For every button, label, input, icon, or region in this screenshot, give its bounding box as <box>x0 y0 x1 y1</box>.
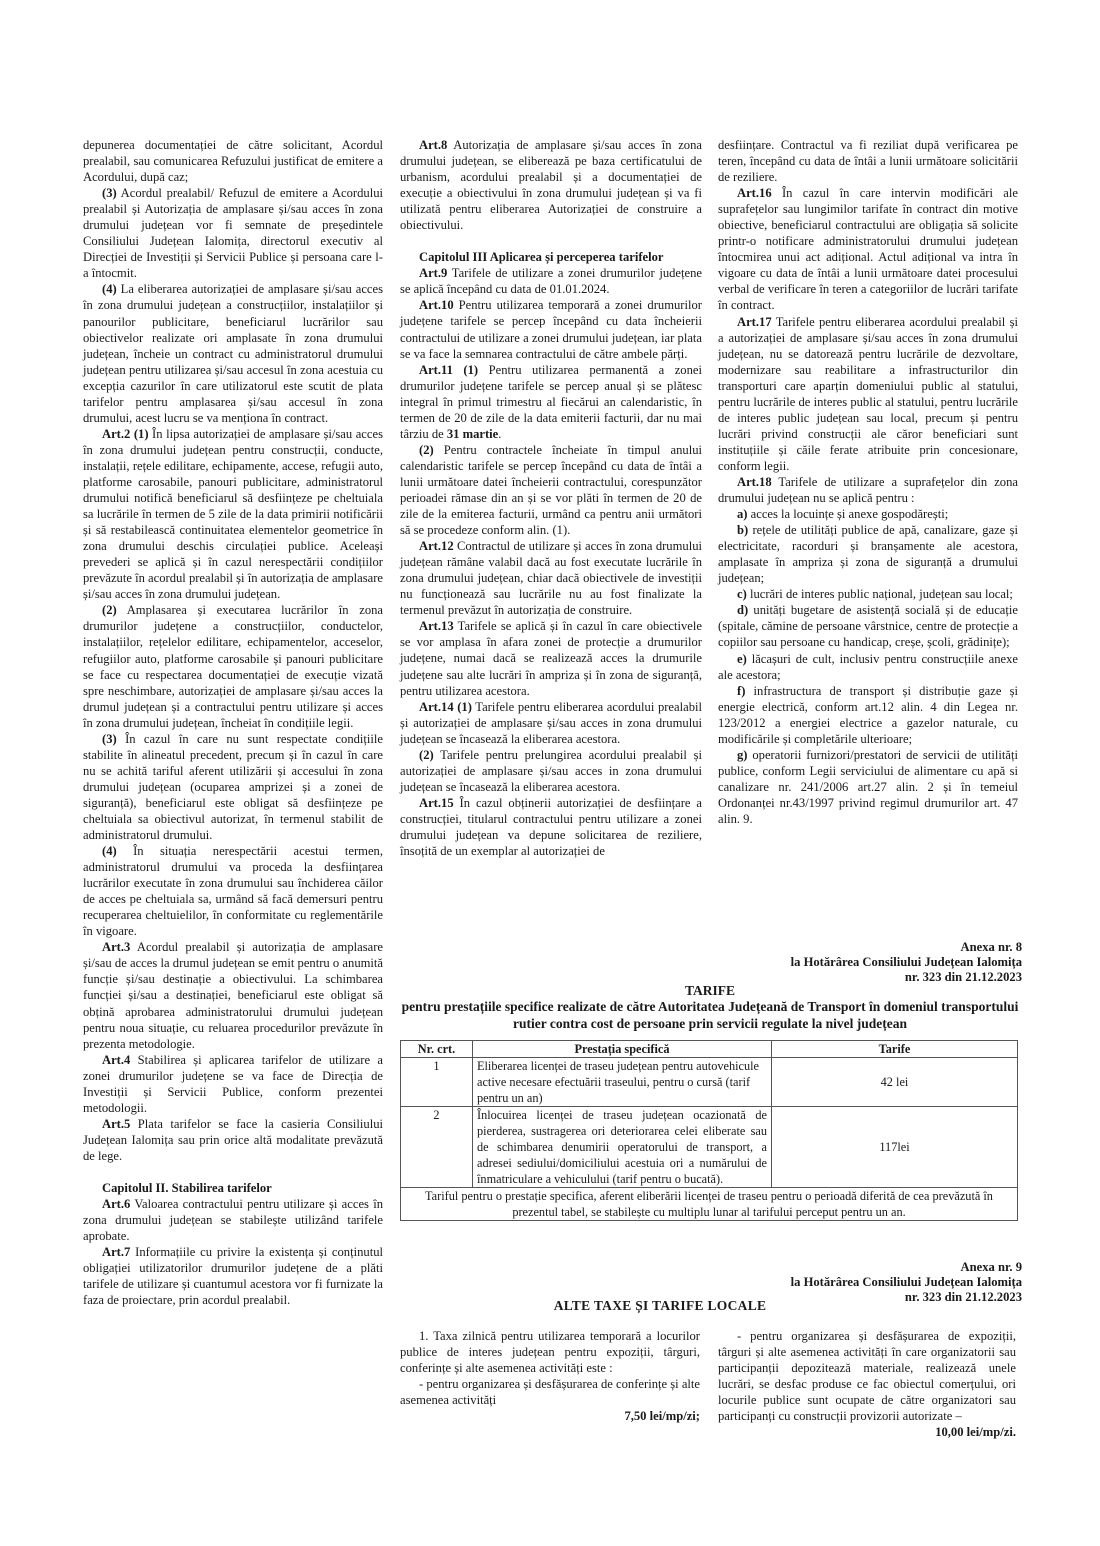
tariff-table: Nr. crt. Prestația specifică Tarife 1 El… <box>400 1040 1018 1221</box>
list-item: c) lucrări de interes public național, j… <box>718 586 1018 602</box>
article-label: Art.7 <box>102 1245 130 1259</box>
anexa-8-reference: Anexa nr. 8 la Hotărârea Consiliului Jud… <box>791 940 1022 985</box>
list-item-text: rețele de utilități publice de apă, cana… <box>718 523 1018 585</box>
anexa-8-title: TARIFE <box>395 982 1025 999</box>
list-item: g) operatorii furnizori/prestatori de se… <box>718 747 1018 827</box>
paragraph-text: Tarifele pentru prelungirea acordului pr… <box>400 748 702 794</box>
article-18: Art.18 Tarifele de utilizare a suprafețe… <box>718 474 1018 506</box>
list-item-label: c) <box>737 587 747 601</box>
list-item-label: g) <box>737 748 748 762</box>
list-item: e) lăcașuri de cult, inclusiv pentru con… <box>718 651 1018 683</box>
cell-tarif: 42 lei <box>772 1058 1018 1107</box>
anexa-9-right-column: - pentru organizarea și desfășurarea de … <box>718 1328 1016 1440</box>
paragraph: (4) În situația nerespectării acestui te… <box>83 843 383 939</box>
article-label: Art.10 <box>419 298 454 312</box>
paragraph: (4) La eliberarea autorizației de amplas… <box>83 281 383 425</box>
paragraph-text: Tarifele pentru eliberarea acordului pre… <box>718 315 1018 473</box>
table-note: Tariful pentru o prestație specifica, af… <box>401 1188 1018 1221</box>
article-label: Art.14 (1) <box>419 700 472 714</box>
article-label: Art.15 <box>419 796 454 810</box>
cell-nr: 1 <box>401 1058 473 1107</box>
article-8: Art.8 Autorizația de amplasare și/sau ac… <box>400 137 702 233</box>
paragraph-text: În lipsa autorizației de amplasare și/sa… <box>83 427 383 601</box>
paragraph-text: Autorizația de amplasare și/sau acces în… <box>400 138 702 232</box>
article-14: Art.14 (1) Tarifele pentru eliberarea ac… <box>400 699 702 747</box>
paragraph-text: La eliberarea autorizației de amplasare … <box>83 282 383 424</box>
text-column-1: depunerea documentației de către solicit… <box>83 137 383 1308</box>
column-header-nr: Nr. crt. <box>401 1041 473 1058</box>
list-item: d) unități bugetare de asistență socială… <box>718 602 1018 650</box>
list-item-text: infrastructura de transport și distribuț… <box>718 684 1018 746</box>
article-9: Art.9 Tarifele de utilizare a zonei drum… <box>400 265 702 297</box>
chapter-heading: Capitolul III Aplicarea și perceperea ta… <box>400 249 702 265</box>
paragraph: desființare. Contractul va fi reziliat d… <box>718 137 1018 185</box>
article-11: Art.11 (1) Pentru utilizarea permanentă … <box>400 362 702 442</box>
list-item-label: a) <box>737 507 748 521</box>
list-item-text: acces la locuințe și anexe gospodărești; <box>748 507 949 521</box>
cell-prestatie: Înlocuirea licenței de traseu județean o… <box>473 1107 772 1188</box>
article-label: Art.2 (1) <box>102 427 149 441</box>
list-item-text: lăcașuri de cult, inclusiv pentru constr… <box>718 652 1018 682</box>
list-item: a) acces la locuințe și anexe gospodăreș… <box>718 506 1018 522</box>
paragraph-text: Acordul prealabil/ Refuzul de emitere a … <box>83 186 383 280</box>
paragraph-label: (2) <box>419 443 434 457</box>
article-3: Art.3 Acordul prealabil și autorizația d… <box>83 939 383 1051</box>
paragraph: 1. Taxa zilnică pentru utilizarea tempor… <box>400 1328 700 1376</box>
column-header-prestatie: Prestația specifică <box>473 1041 772 1058</box>
text-column-3: desființare. Contractul va fi reziliat d… <box>718 137 1018 827</box>
paragraph-text: În cazul în care intervin modificări ale… <box>718 186 1018 312</box>
list-item-label: e) <box>737 652 747 666</box>
article-16: Art.16 În cazul în care intervin modific… <box>718 185 1018 313</box>
paragraph: (3) Acordul prealabil/ Refuzul de emiter… <box>83 185 383 281</box>
list-item-text: operatorii furnizori/prestatori de servi… <box>718 748 1018 826</box>
table-header-row: Nr. crt. Prestația specifică Tarife <box>401 1041 1018 1058</box>
article-label: Art.16 <box>737 186 772 200</box>
deadline-date: 31 martie <box>447 427 498 441</box>
chapter-heading: Capitolul II. Stabilirea tarifelor <box>83 1180 383 1196</box>
table-row: 2 Înlocuirea licenței de traseu județean… <box>401 1107 1018 1188</box>
paragraph: depunerea documentației de către solicit… <box>83 137 383 185</box>
anexa-number: Anexa nr. 9 <box>791 1260 1022 1275</box>
list-item-label: d) <box>737 603 748 617</box>
paragraph-text: Acordul prealabil și autorizația de ampl… <box>83 940 383 1050</box>
price-exhibitions: 10,00 lei/mp/zi. <box>718 1424 1016 1440</box>
paragraph-label: (2) <box>419 748 434 762</box>
paragraph: - pentru organizarea și desfășurarea de … <box>400 1376 700 1408</box>
anexa-8-subtitle: pentru prestațiile specifice realizate d… <box>400 998 1020 1032</box>
price-conferences: 7,50 lei/mp/zi; <box>400 1408 700 1424</box>
anexa-9-left-column: 1. Taxa zilnică pentru utilizarea tempor… <box>400 1328 700 1424</box>
article-5: Art.5 Plata tarifelor se face la casieri… <box>83 1116 383 1164</box>
cell-nr: 2 <box>401 1107 473 1188</box>
article-4: Art.4 Stabilirea și aplicarea tarifelor … <box>83 1052 383 1116</box>
paragraph-text: Amplasarea și executarea lucrărilor în z… <box>83 603 383 729</box>
anexa-9-title: ALTE TAXE ȘI TARIFE LOCALE <box>395 1297 925 1314</box>
list-item-text: unități bugetare de asistență socială și… <box>718 603 1018 649</box>
cell-tarif: 117lei <box>772 1107 1018 1188</box>
article-label: Art.12 <box>419 539 454 553</box>
article-15: Art.15 În cazul obținerii autorizației d… <box>400 795 702 859</box>
anexa-decision: la Hotărârea Consiliului Județean Ialomi… <box>791 1275 1022 1290</box>
anexa-decision: la Hotărârea Consiliului Județean Ialomi… <box>791 955 1022 970</box>
article-12: Art.12 Contractul de utilizare și acces … <box>400 538 702 618</box>
article-label: Art.8 <box>419 138 447 152</box>
paragraph: (2) Amplasarea și executarea lucrărilor … <box>83 602 383 730</box>
paragraph: (2) Tarifele pentru prelungirea acordulu… <box>400 747 702 795</box>
list-item-label: b) <box>737 523 748 537</box>
text-column-2: Art.8 Autorizația de amplasare și/sau ac… <box>400 137 702 859</box>
punctuation: . <box>498 427 501 441</box>
paragraph: - pentru organizarea și desfășurarea de … <box>718 1328 1016 1424</box>
article-label: Art.6 <box>102 1197 130 1211</box>
list-item: f) infrastructura de transport și distri… <box>718 683 1018 747</box>
article-label: Art.9 <box>419 266 447 280</box>
article-label: Art.5 <box>102 1117 130 1131</box>
paragraph: (2) Pentru contractele încheiate în timp… <box>400 442 702 538</box>
list-item-text: lucrări de interes public național, jude… <box>747 587 1013 601</box>
table-note-row: Tariful pentru o prestație specifica, af… <box>401 1188 1018 1221</box>
paragraph-label: (2) <box>102 603 117 617</box>
paragraph-text: Pentru contractele încheiate în timpul a… <box>400 443 702 537</box>
paragraph-text: În situația nerespectării acestui termen… <box>83 844 383 938</box>
paragraph-label: (4) <box>102 282 117 296</box>
article-label: Art.3 <box>102 940 130 954</box>
article-label: Art.4 <box>102 1053 130 1067</box>
paragraph: (3) În cazul în care nu sunt respectate … <box>83 731 383 843</box>
article-6: Art.6 Valoarea contractului pentru utili… <box>83 1196 383 1244</box>
list-item: b) rețele de utilități publice de apă, c… <box>718 522 1018 586</box>
article-10: Art.10 Pentru utilizarea temporară a zon… <box>400 297 702 361</box>
table-row: 1 Eliberarea licenței de traseu județean… <box>401 1058 1018 1107</box>
column-header-tarife: Tarife <box>772 1041 1018 1058</box>
article-label: Art.17 <box>737 315 772 329</box>
cell-prestatie: Eliberarea licenței de traseu județean p… <box>473 1058 772 1107</box>
article-7: Art.7 Informațiile cu privire la existen… <box>83 1244 383 1308</box>
article-17: Art.17 Tarifele pentru eliberarea acordu… <box>718 314 1018 474</box>
article-2: Art.2 (1) În lipsa autorizației de ampla… <box>83 426 383 603</box>
article-label: Art.13 <box>419 619 454 633</box>
paragraph-label: (3) <box>102 732 117 746</box>
paragraph-label: (4) <box>102 844 117 858</box>
article-label: Art.18 <box>737 475 772 489</box>
paragraph-text: În cazul în care nu sunt respectate cond… <box>83 732 383 842</box>
paragraph-label: (3) <box>102 186 117 200</box>
anexa-number: Anexa nr. 8 <box>791 940 1022 955</box>
article-label: Art.11 (1) <box>419 363 478 377</box>
article-13: Art.13 Tarifele se aplică și în cazul în… <box>400 618 702 698</box>
